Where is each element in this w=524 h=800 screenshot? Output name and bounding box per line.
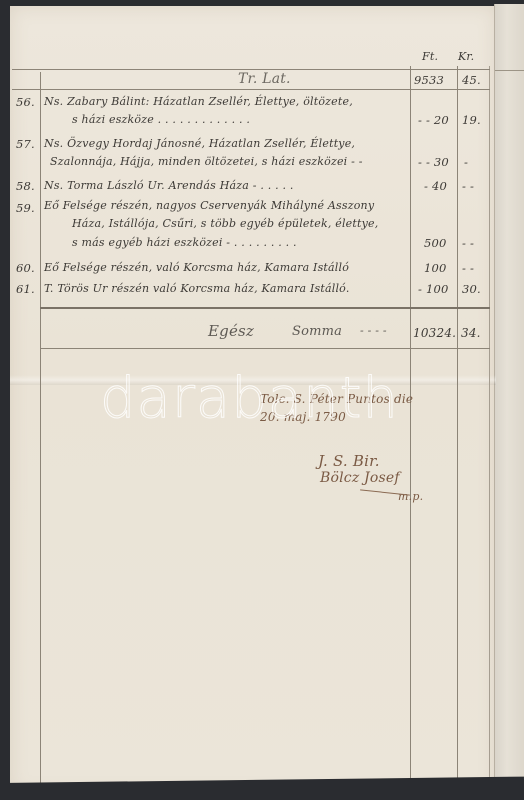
entry-line: Ns. Torma László Ur. Arendás Háza - . . … (44, 179, 294, 192)
entry-line: Ns. Özvegy Hordaj Jánosné, Házatlan Zsel… (44, 137, 355, 150)
total-label-2: Somma (292, 324, 342, 339)
total-kr: 34. (461, 326, 481, 340)
entry-line: T. Törös Ur részén való Korcsma ház, Kam… (44, 282, 350, 295)
entry-number: 56. (16, 95, 35, 109)
column-header-kr: Kr. (458, 50, 474, 63)
entry-kr: - (464, 155, 468, 169)
entry-ft: - 40 (424, 179, 447, 193)
header-rule-top (12, 69, 490, 70)
entry-ft: 100 (424, 261, 447, 275)
total-rule-bottom (40, 348, 490, 349)
entry-line: s házi eszköze . . . . . . . . . . . . . (72, 113, 250, 126)
entry-line: s más egyéb házi eszközei - . . . . . . … (72, 236, 297, 249)
entry-number: 60. (16, 261, 35, 275)
entry-kr: 19. (462, 113, 481, 127)
total-label-1: Egész (208, 322, 254, 340)
entry-kr: - - (462, 261, 474, 275)
entry-number: 58. (16, 179, 35, 193)
entry-kr: 30. (462, 282, 481, 296)
signature-initials: J. S. Bir. (318, 452, 380, 470)
entry-number: 57. (16, 137, 35, 151)
kr-column-rule-right (489, 66, 490, 786)
adjacent-page-edge (494, 4, 524, 794)
entry-line: Háza, Istállója, Csűri, s több egyéb épü… (72, 217, 378, 230)
kr-column-rule-left (457, 66, 458, 786)
signature-suffix: m.p. (398, 490, 423, 503)
entry-line: Szalonnája, Hájja, minden öltözetei, s h… (50, 155, 363, 168)
margin-rule (40, 72, 41, 787)
watermark-text: darabanth (100, 366, 399, 431)
entry-kr: - - (462, 236, 474, 250)
entry-ft: 500 (424, 236, 447, 250)
entry-kr: - - (462, 179, 474, 193)
strip-rule (495, 70, 524, 71)
entry-number: 59. (16, 201, 35, 215)
entry-ft: - - 20 (418, 113, 449, 127)
signature-name: Bölcz Josef (320, 470, 400, 486)
entry-line: Ns. Zabary Bálint: Házatlan Zsellér, Éle… (44, 95, 353, 108)
total-ft: 10324. (413, 326, 456, 340)
total-leader: - - - - (360, 324, 387, 337)
entry-line: Eő Felsége részén, való Korcsma ház, Kam… (44, 261, 349, 274)
carry-over-label: Tr. Lat. (238, 71, 291, 87)
entry-number: 61. (16, 282, 35, 296)
entry-ft: - 100 (418, 282, 449, 296)
ft-column-rule-left (410, 66, 411, 786)
column-header-ft: Ft. (422, 50, 438, 63)
total-rule-top (40, 307, 490, 309)
entry-ft: - - 30 (418, 155, 449, 169)
entry-line: Eő Felsége részén, nagyos Cservenyák Mih… (44, 199, 374, 212)
carry-over-kr: 45. (462, 73, 481, 87)
header-rule-bottom (12, 89, 490, 90)
carry-over-ft: 9533 (414, 73, 444, 87)
